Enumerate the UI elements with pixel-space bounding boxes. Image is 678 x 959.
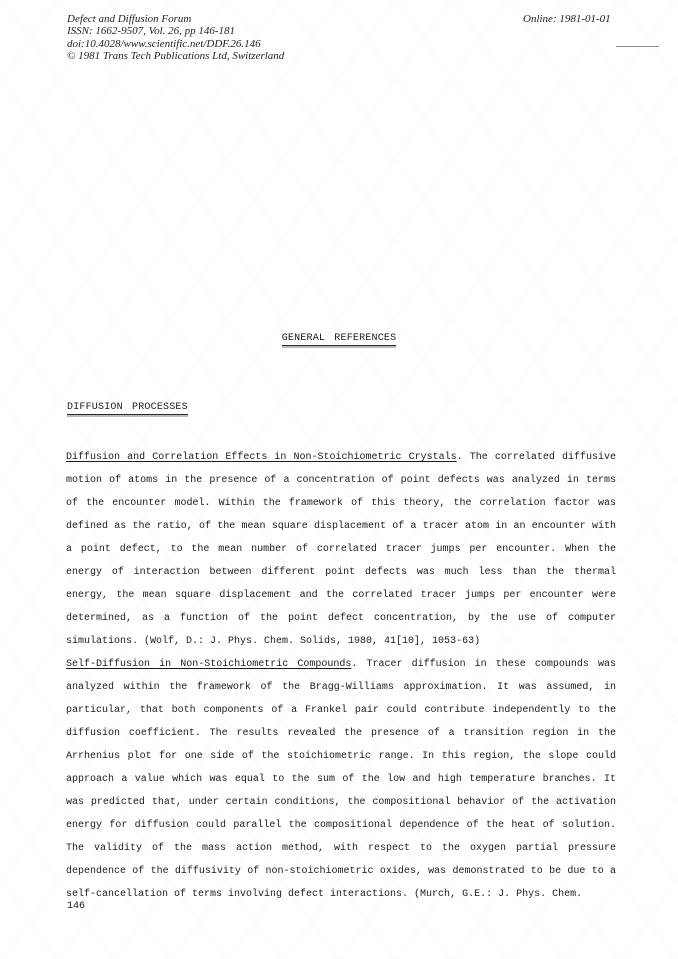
issn-line: ISSN: 1662-9507, Vol. 26, pp 146-181 [67,25,284,37]
abstract-text: . Tracer diffusion in these compounds wa… [66,659,616,900]
abstract-paragraph: Self-Diffusion in Non-Stoichiometric Com… [66,653,616,906]
abstracts-body: Diffusion and Correlation Effects in Non… [66,446,616,906]
abstract-title: Diffusion and Correlation Effects in Non… [66,452,457,463]
copyright-line: © 1981 Trans Tech Publications Ltd, Swit… [67,50,284,62]
scanned-paper-page: { "header": { "journal": "Defect and Dif… [0,0,678,959]
abstract-text: . The correlated diffusive motion of ato… [66,452,616,647]
header-rule-divider [616,46,659,47]
journal-header: Defect and Diffusion Forum ISSN: 1662-95… [67,13,284,62]
abstract-paragraph: Diffusion and Correlation Effects in Non… [66,446,616,653]
journal-title: Defect and Diffusion Forum [67,13,284,25]
abstract-title: Self-Diffusion in Non-Stoichiometric Com… [66,659,351,670]
general-references-heading: GENERAL REFERENCES [0,333,678,346]
online-date: Online: 1981-01-01 [523,13,611,25]
page-number: 146 [67,901,85,912]
doi-line: doi:10.4028/www.scientific.net/DDF.26.14… [67,38,284,50]
diffusion-processes-heading: DIFFUSION PROCESSES [67,402,188,415]
